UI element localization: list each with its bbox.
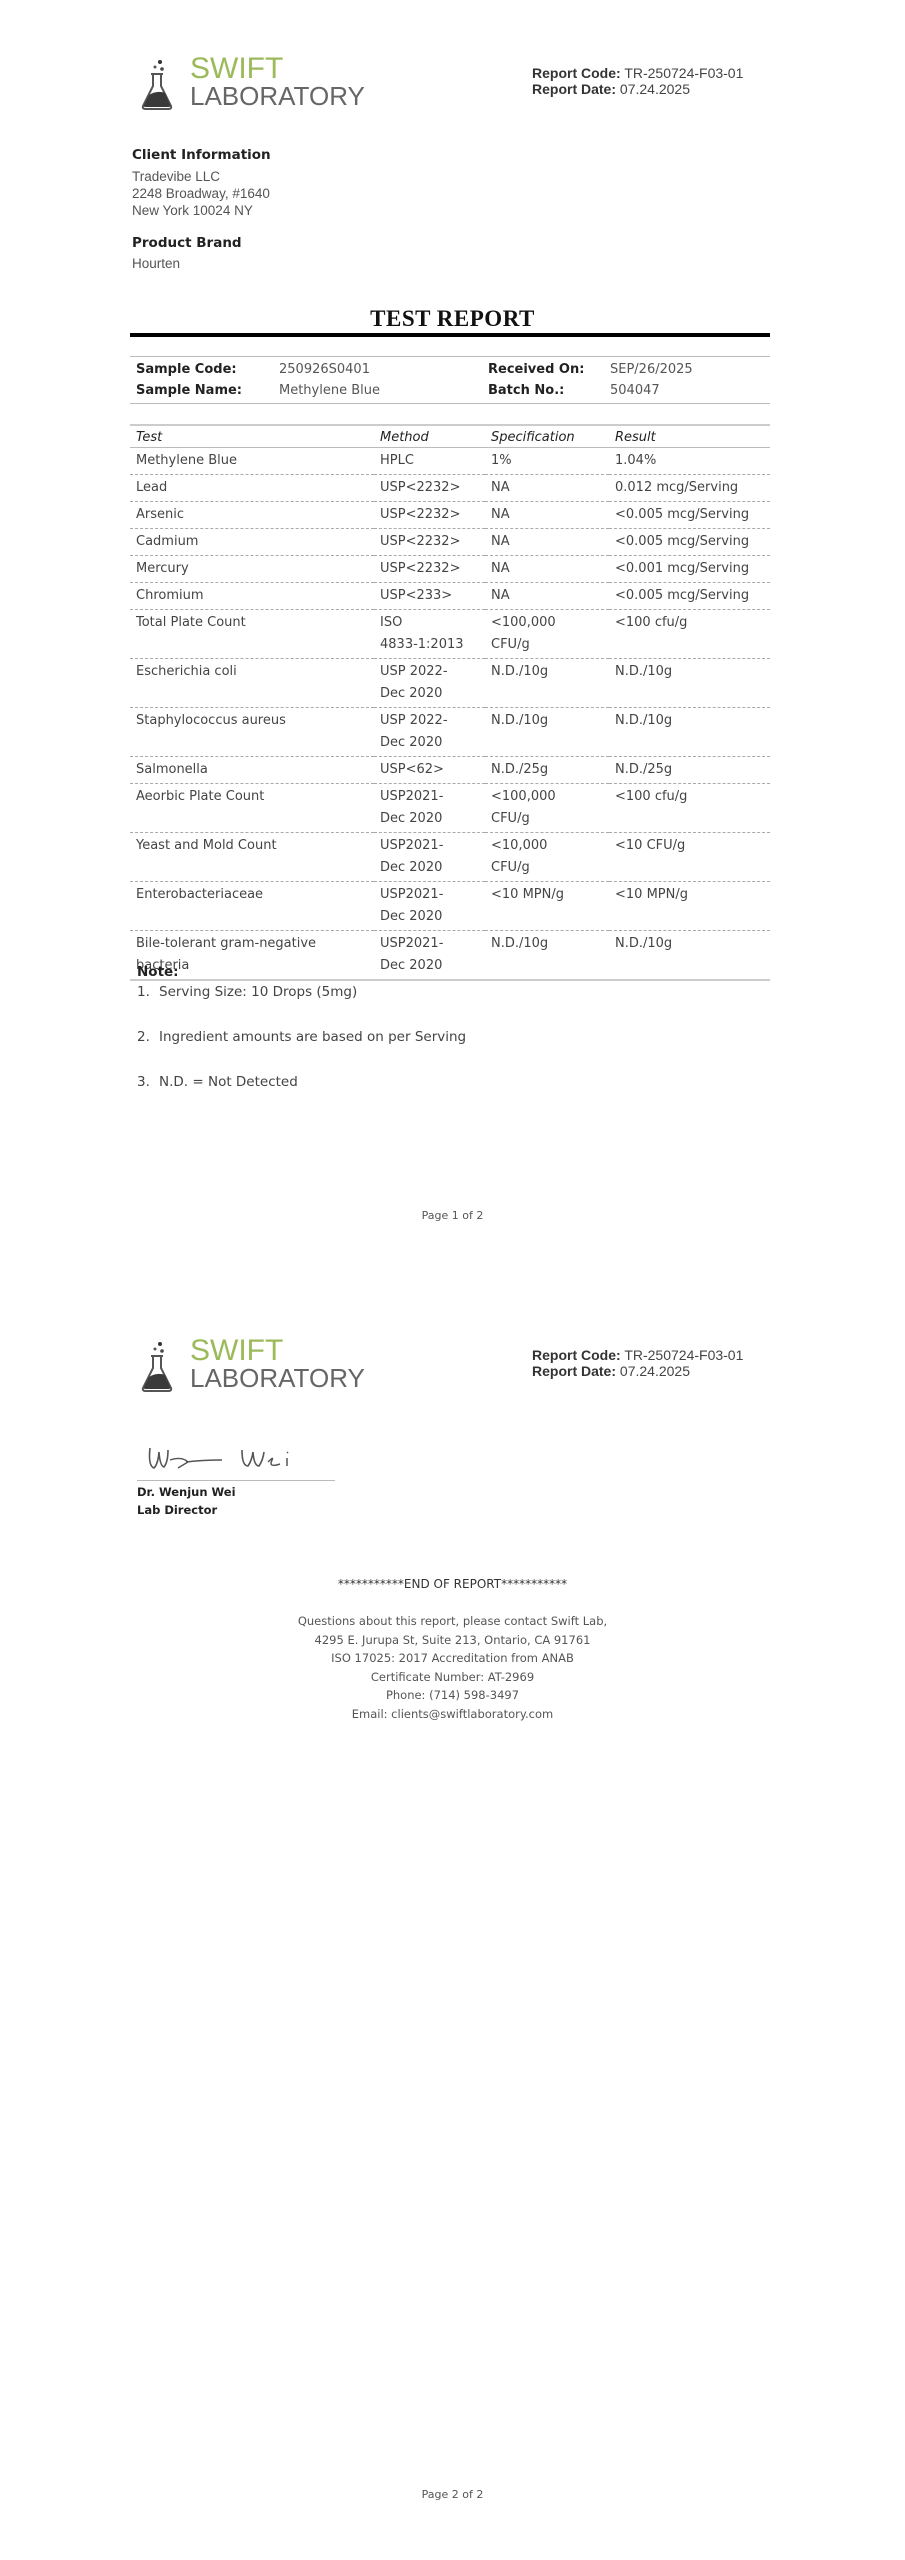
cell-specification: <10 MPN/g (485, 882, 609, 931)
flask-icon (140, 1341, 174, 1393)
report-header: SWIFT LABORATORY Report Code: TR-250724-… (140, 1337, 780, 1397)
cell-result: 1.04% (609, 448, 770, 475)
cell-method: USP 2022- Dec 2020 (374, 659, 485, 708)
cell-method: USP<2232> (374, 502, 485, 529)
table-row: Staphylococcus aureusUSP 2022- Dec 2020N… (130, 708, 770, 757)
cell-result: N.D./25g (609, 757, 770, 784)
cell-result: 0.012 mcg/Serving (609, 475, 770, 502)
report-header: SWIFT LABORATORY Report Code: TR-250724-… (140, 55, 780, 115)
end-of-report: ***********END OF REPORT*********** (0, 1577, 905, 1591)
contact-info: Questions about this report, please cont… (0, 1612, 905, 1723)
swift-laboratory-logo: SWIFT LABORATORY (140, 55, 380, 115)
logo-laboratory-text: LABORATORY (190, 1364, 365, 1392)
report-meta: Report Code: TR-250724-F03-01 Report Dat… (532, 1347, 743, 1379)
table-row: EnterobacteriaceaeUSP2021- Dec 2020<10 M… (130, 882, 770, 931)
title-divider (130, 333, 770, 337)
col-specification: Specification (485, 425, 609, 448)
cell-method: USP<2232> (374, 529, 485, 556)
cell-specification: NA (485, 475, 609, 502)
cell-specification: NA (485, 583, 609, 610)
cell-specification: N.D./25g (485, 757, 609, 784)
note-item: 1.Serving Size: 10 Drops (5mg) (137, 982, 466, 1002)
product-brand-heading: Product Brand (132, 234, 242, 252)
cell-test: Mercury (130, 556, 374, 583)
sample-code-label: Sample Code: (130, 362, 279, 377)
table-row: Methylene BlueHPLC1%1.04% (130, 448, 770, 475)
col-test: Test (130, 425, 374, 448)
contact-phone: Phone: (714) 598-3497 (0, 1686, 905, 1705)
client-name: Tradevibe LLC (132, 168, 271, 185)
signer-role: Lab Director (137, 1501, 337, 1519)
cell-test: Methylene Blue (130, 448, 374, 475)
note-item: 3.N.D. = Not Detected (137, 1072, 466, 1092)
batch-no-label: Batch No.: (488, 383, 610, 398)
client-address-2: New York 10024 NY (132, 202, 271, 219)
cell-specification: <100,000 CFU/g (485, 784, 609, 833)
logo-swift-text: SWIFT (190, 55, 283, 83)
contact-address: 4295 E. Jurupa St, Suite 213, Ontario, C… (0, 1631, 905, 1650)
cell-specification: <10,000 CFU/g (485, 833, 609, 882)
cell-test: Staphylococcus aureus (130, 708, 374, 757)
results-header-row: Test Method Specification Result (130, 425, 770, 448)
cell-test: Aeorbic Plate Count (130, 784, 374, 833)
logo-laboratory-text: LABORATORY (190, 82, 365, 110)
signature-block: Dr. Wenjun Wei Lab Director (137, 1438, 337, 1519)
client-address-1: 2248 Broadway, #1640 (132, 185, 271, 202)
cell-specification: 1% (485, 448, 609, 475)
cell-method: USP<2232> (374, 475, 485, 502)
table-row: LeadUSP<2232>NA0.012 mcg/Serving (130, 475, 770, 502)
cell-method: ISO 4833-1:2013 (374, 610, 485, 659)
table-row: ArsenicUSP<2232>NA<0.005 mcg/Serving (130, 502, 770, 529)
product-brand: Product Brand Hourten (132, 234, 242, 272)
cell-result: <0.005 mcg/Serving (609, 583, 770, 610)
cell-specification: N.D./10g (485, 708, 609, 757)
sample-name-label: Sample Name: (130, 383, 279, 398)
cell-method: USP<2232> (374, 556, 485, 583)
cell-method: USP 2022- Dec 2020 (374, 708, 485, 757)
col-result: Result (609, 425, 770, 448)
col-method: Method (374, 425, 485, 448)
report-meta: Report Code: TR-250724-F03-01 Report Dat… (532, 65, 743, 97)
batch-no-value: 504047 (610, 383, 660, 398)
accreditation: ISO 17025: 2017 Accreditation from ANAB (0, 1649, 905, 1668)
report-code-label: Report Code: (532, 65, 621, 81)
signature-image (142, 1438, 312, 1478)
table-row: CadmiumUSP<2232>NA<0.005 mcg/Serving (130, 529, 770, 556)
sample-code-value: 250926S0401 (279, 362, 488, 377)
cell-specification: NA (485, 556, 609, 583)
page-number: Page 1 of 2 (0, 1209, 905, 1222)
logo-swift-text: SWIFT (190, 1337, 283, 1365)
client-information: Client Information Tradevibe LLC 2248 Br… (132, 146, 271, 219)
cell-result: <100 cfu/g (609, 610, 770, 659)
signature-line (137, 1480, 335, 1481)
report-date-label: Report Date: (532, 81, 616, 97)
results-table: Test Method Specification Result Methyle… (130, 424, 770, 981)
table-row: Escherichia coliUSP 2022- Dec 2020N.D./1… (130, 659, 770, 708)
cell-method: HPLC (374, 448, 485, 475)
report-code-value: TR-250724-F03-01 (624, 65, 743, 81)
report-page-1: SWIFT LABORATORY Report Code: TR-250724-… (0, 0, 905, 1280)
cell-result: <0.005 mcg/Serving (609, 529, 770, 556)
cell-test: Enterobacteriaceae (130, 882, 374, 931)
cell-test: Total Plate Count (130, 610, 374, 659)
cell-test: Chromium (130, 583, 374, 610)
report-code-value: TR-250724-F03-01 (624, 1347, 743, 1363)
cell-result: <100 cfu/g (609, 784, 770, 833)
table-row: MercuryUSP<2232>NA<0.001 mcg/Serving (130, 556, 770, 583)
cell-method: USP<233> (374, 583, 485, 610)
cell-test: Salmonella (130, 757, 374, 784)
cell-specification: NA (485, 502, 609, 529)
cell-result: <0.001 mcg/Serving (609, 556, 770, 583)
client-heading: Client Information (132, 146, 271, 164)
report-page-2: SWIFT LABORATORY Report Code: TR-250724-… (0, 1280, 905, 2560)
received-on-value: SEP/26/2025 (610, 362, 693, 377)
page-number: Page 2 of 2 (0, 2488, 905, 2501)
cell-test: Yeast and Mold Count (130, 833, 374, 882)
note-item: 2.Ingredient amounts are based on per Se… (137, 1027, 466, 1047)
cell-result: <10 CFU/g (609, 833, 770, 882)
table-row: Yeast and Mold CountUSP2021- Dec 2020<10… (130, 833, 770, 882)
cell-test: Arsenic (130, 502, 374, 529)
sample-name-value: Methylene Blue (279, 383, 488, 398)
cell-test: Cadmium (130, 529, 374, 556)
cell-method: USP2021- Dec 2020 (374, 784, 485, 833)
cell-specification: <100,000 CFU/g (485, 610, 609, 659)
contact-email[interactable]: Email: clients@swiftlaboratory.com (0, 1705, 905, 1724)
sample-info: Sample Code: 250926S0401 Received On: SE… (130, 356, 770, 404)
product-brand-value: Hourten (132, 255, 242, 272)
cell-result: N.D./10g (609, 708, 770, 757)
signer-name: Dr. Wenjun Wei (137, 1483, 337, 1501)
cell-specification: N.D./10g (485, 659, 609, 708)
report-date-label: Report Date: (532, 1363, 616, 1379)
cell-method: USP2021- Dec 2020 (374, 833, 485, 882)
table-row: Total Plate CountISO 4833-1:2013<100,000… (130, 610, 770, 659)
swift-laboratory-logo: SWIFT LABORATORY (140, 1337, 380, 1397)
cell-method: USP2021- Dec 2020 (374, 882, 485, 931)
cell-specification: NA (485, 529, 609, 556)
cell-specification: N.D./10g (485, 931, 609, 981)
cell-result: N.D./10g (609, 931, 770, 981)
table-row: SalmonellaUSP<62>N.D./25gN.D./25g (130, 757, 770, 784)
report-date-value: 07.24.2025 (620, 81, 690, 97)
table-row: ChromiumUSP<233>NA<0.005 mcg/Serving (130, 583, 770, 610)
certificate-number: Certificate Number: AT-2969 (0, 1668, 905, 1687)
cell-result: N.D./10g (609, 659, 770, 708)
cell-result: <0.005 mcg/Serving (609, 502, 770, 529)
report-date-value: 07.24.2025 (620, 1363, 690, 1379)
cell-method: USP<62> (374, 757, 485, 784)
cell-result: <10 MPN/g (609, 882, 770, 931)
notes-heading: Note: (137, 962, 466, 982)
notes-section: Note: 1.Serving Size: 10 Drops (5mg) 2.I… (137, 962, 466, 1117)
cell-test: Lead (130, 475, 374, 502)
cell-test: Escherichia coli (130, 659, 374, 708)
report-code-label: Report Code: (532, 1347, 621, 1363)
received-on-label: Received On: (488, 362, 610, 377)
table-row: Aeorbic Plate CountUSP2021- Dec 2020<100… (130, 784, 770, 833)
flask-icon (140, 59, 174, 111)
contact-line: Questions about this report, please cont… (0, 1612, 905, 1631)
report-title: TEST REPORT (0, 306, 905, 332)
